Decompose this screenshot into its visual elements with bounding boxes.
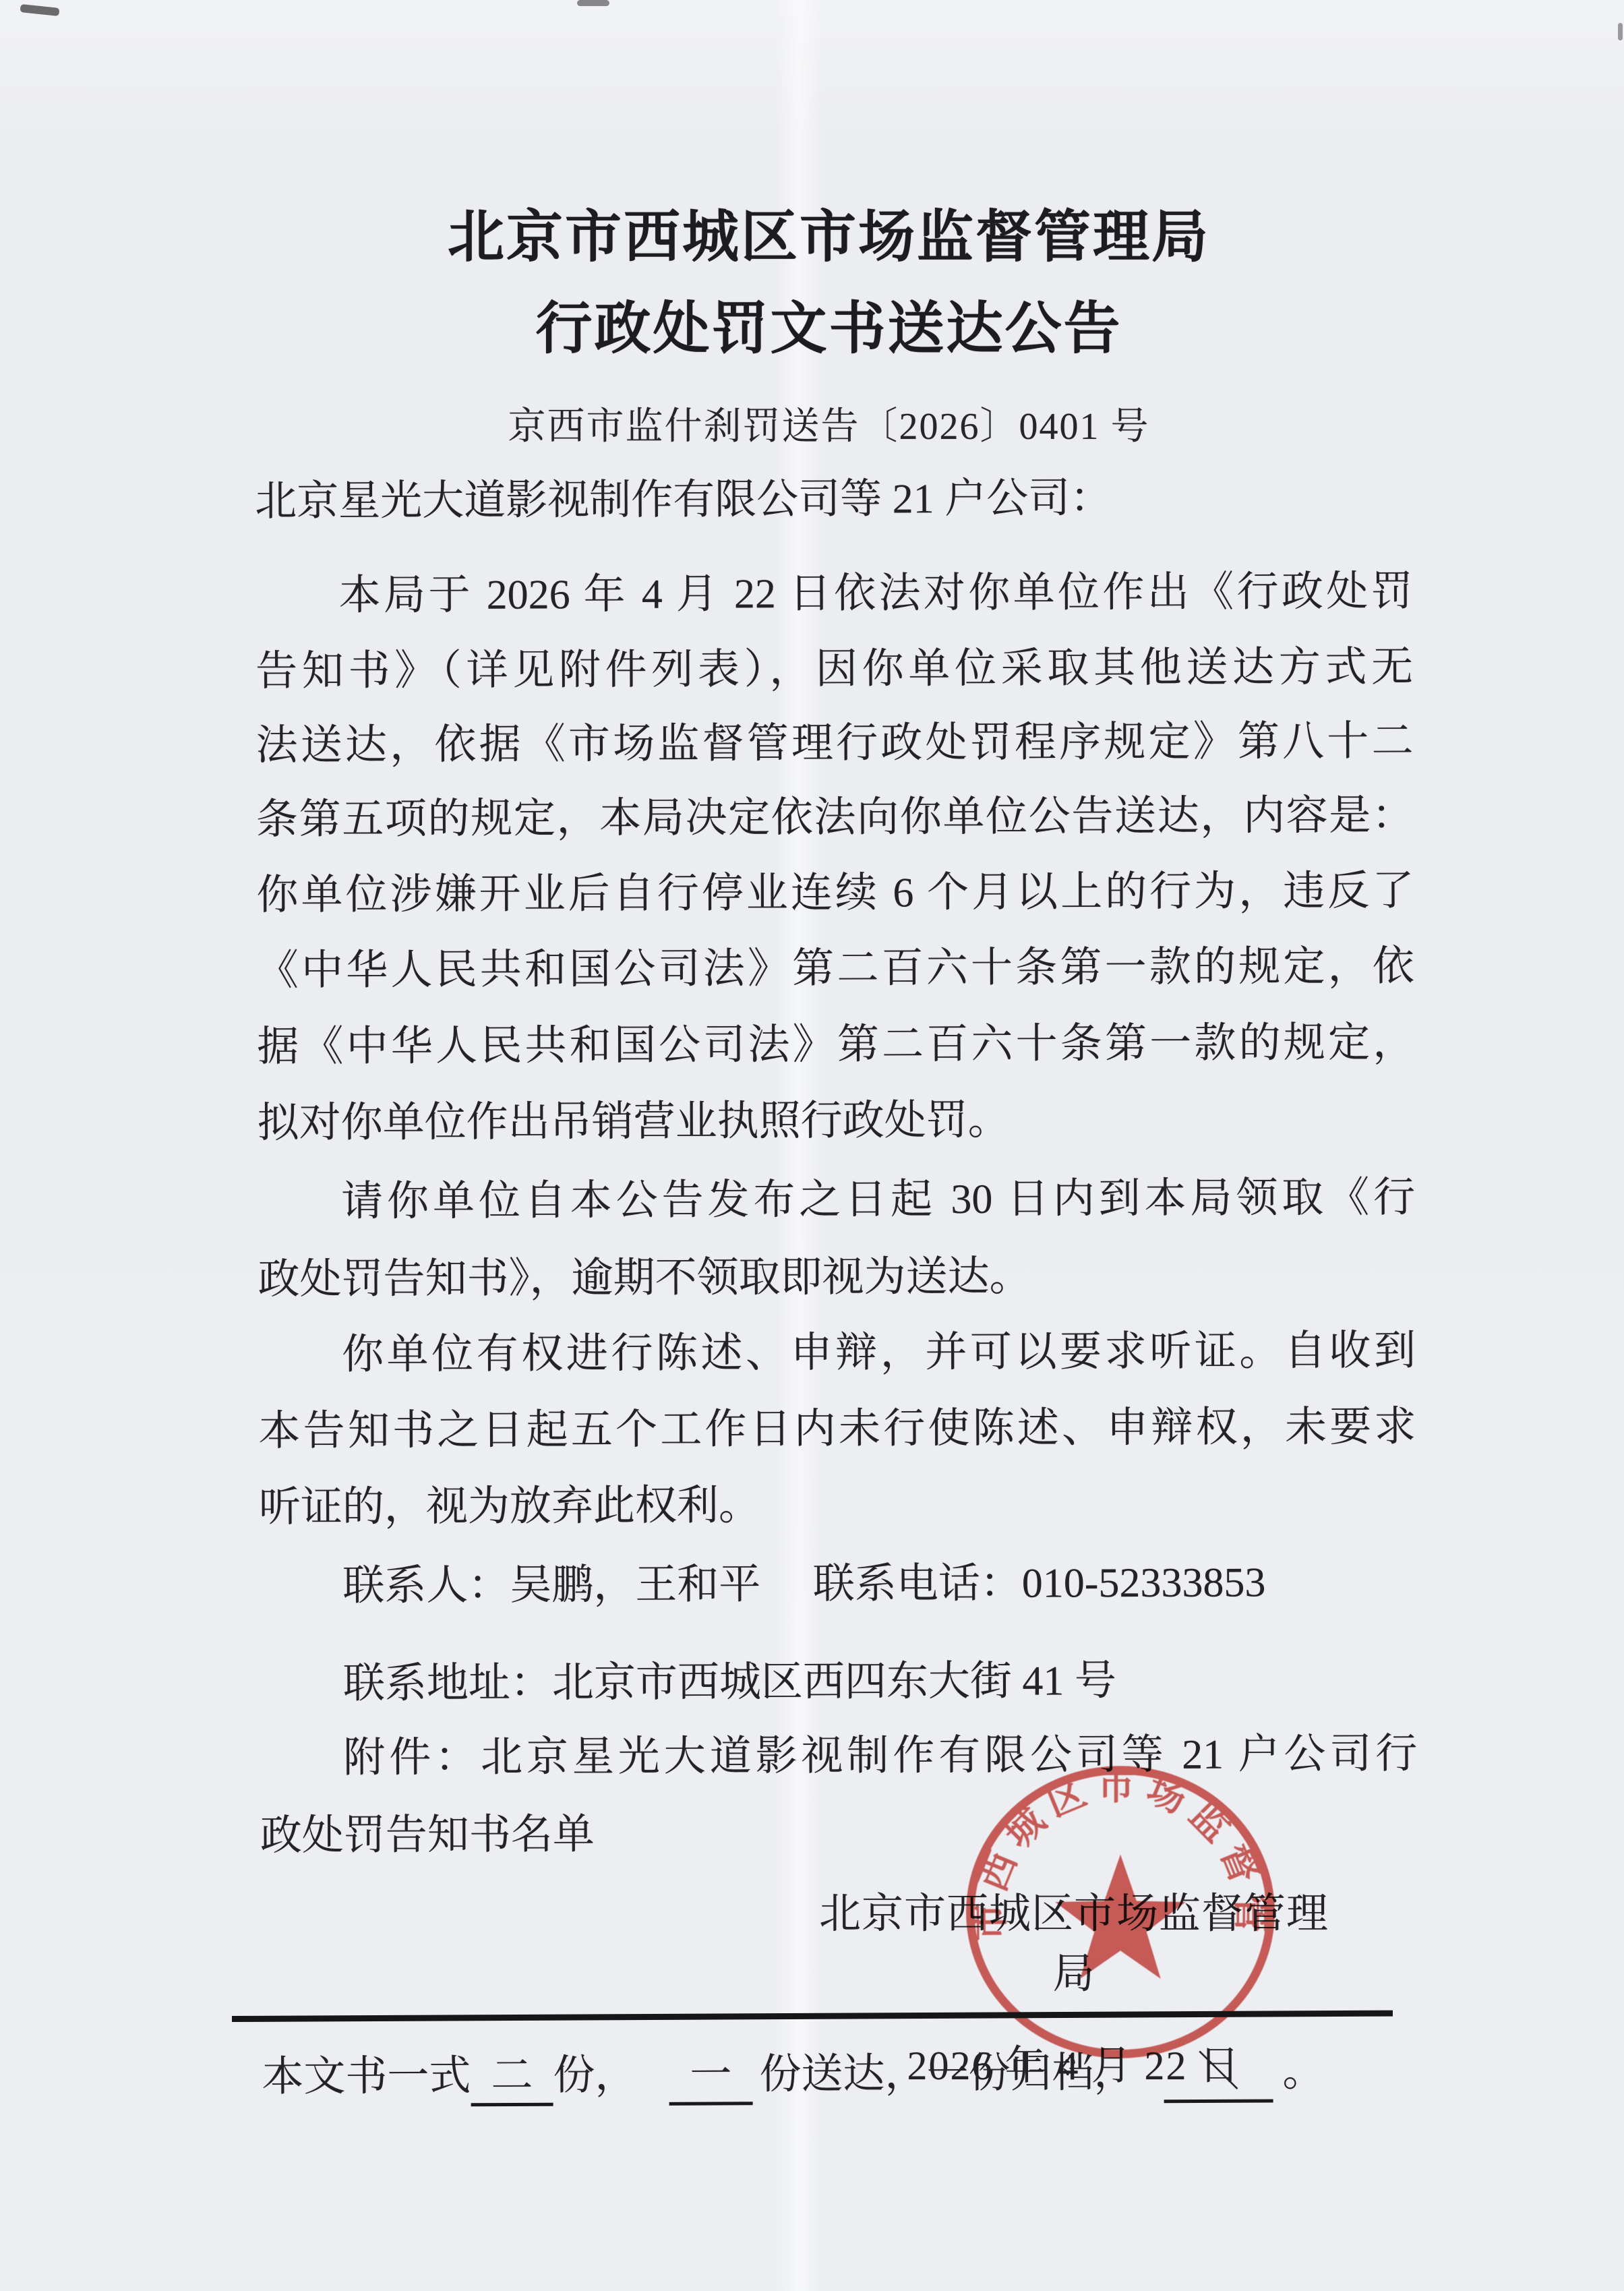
- copies-note-suffix: 。: [1282, 2037, 1324, 2097]
- copies-note-mid2: 份送达，一份归档，: [759, 2038, 1135, 2100]
- scanned-document-page: { "page": { "bg_color": "#ecedf1", "ink_…: [0, 0, 1624, 2291]
- copies-blank-slash: ＼: [1164, 2037, 1273, 2103]
- footer-divider-line: [232, 2011, 1393, 2022]
- footer-section: 本文书一式二份，一份送达，一份归档，＼。: [0, 0, 1624, 2291]
- copies-note: 本文书一式二份，一份送达，一份归档，＼。: [262, 2037, 1325, 2108]
- copies-blank-served: 一: [669, 2040, 752, 2106]
- copies-note-prefix: 本文书一式: [262, 2042, 471, 2103]
- document-page: 北京市西城区市场监督管理局 行政处罚文书送达公告 京西市监什刹罚送告〔2026〕…: [0, 0, 1624, 2291]
- copies-blank-total: 二: [471, 2042, 553, 2107]
- copies-note-mid1: 份，: [553, 2041, 636, 2102]
